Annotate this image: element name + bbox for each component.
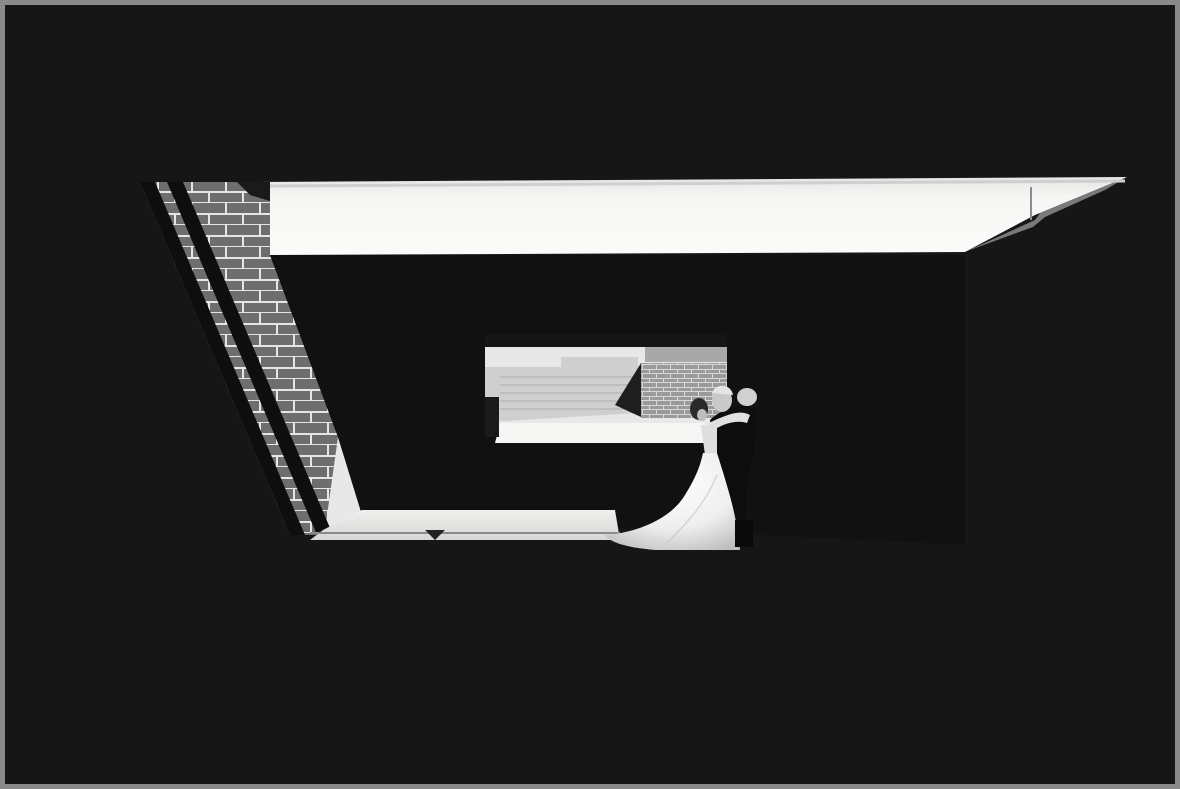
- sunlit-floor: [310, 510, 620, 540]
- wedding-photo: [5, 5, 1175, 784]
- image-alt-text: Black and white wedding photograph: a br…: [0, 0, 1, 1]
- distant-scene: [485, 335, 727, 443]
- photo-illustration: [5, 5, 1175, 784]
- photo-frame: Black and white wedding photograph: a br…: [0, 0, 1180, 789]
